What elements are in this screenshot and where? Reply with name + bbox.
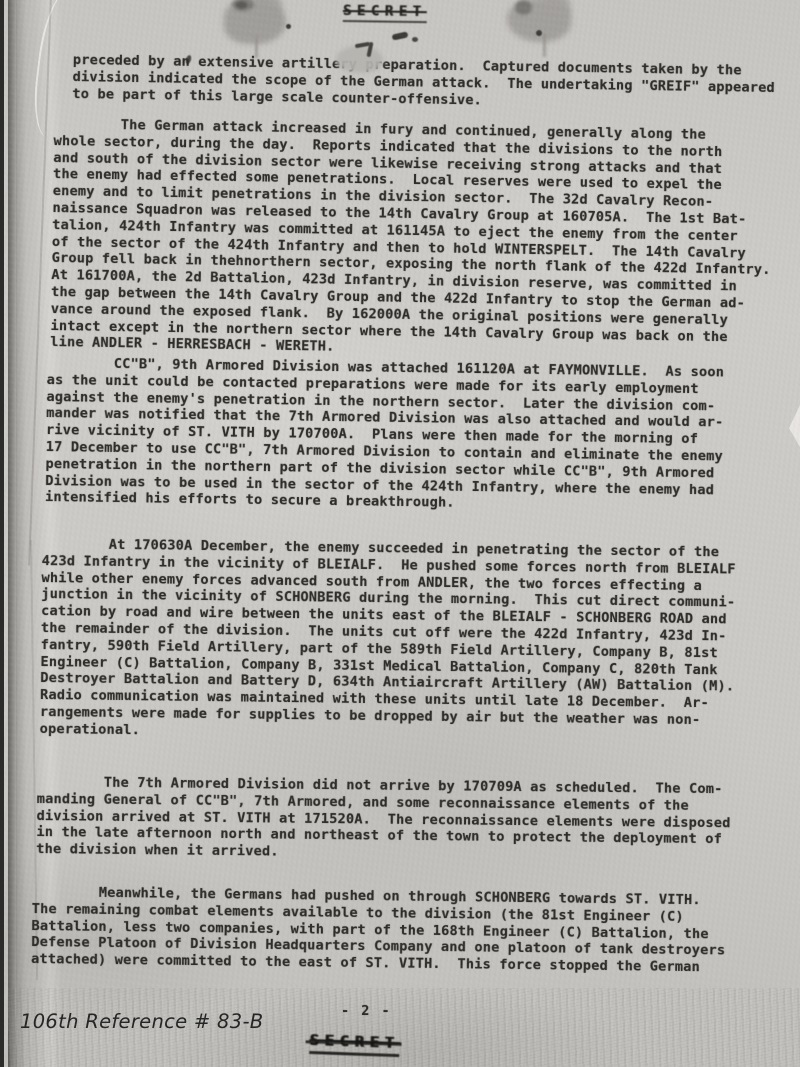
paragraph-4: At 170630A December, the enemy succeeded… [40, 536, 736, 746]
ink-stain-top-left-core [236, 1, 247, 9]
paragraph-5: The 7th Armored Division did not arrive … [36, 774, 731, 865]
paragraph-6: Meanwhile, the Germans had pushed on thr… [31, 884, 726, 976]
smudge-over-text [336, 46, 383, 73]
ink-dot-right [536, 30, 542, 36]
stamp-smudge-dash [392, 31, 409, 40]
right-edge-tear [789, 405, 800, 447]
page-number: - 2 - [341, 1003, 392, 1019]
paragraph-1: preceded by an extensive artillery prepa… [72, 52, 775, 113]
stamp-smudge-dot [412, 37, 418, 42]
secret-stamp-top: SECRET [343, 3, 427, 23]
reference-caption: 106th Reference # 83-B [20, 1010, 264, 1033]
scanned-paper-sheet: SECRET preceded by an extensive artiller… [4, 0, 800, 1067]
paragraph-2: The German attack increased in fury and … [50, 116, 773, 363]
ink-dot-left [286, 24, 291, 29]
ink-stain-top-right-drip [543, 34, 546, 57]
paragraph-3: CC"B", 9th Armored Division was attached… [45, 355, 724, 516]
ink-stain-top-right-smudge [515, 0, 532, 15]
secret-stamp-bottom: SECRET [309, 1031, 400, 1057]
